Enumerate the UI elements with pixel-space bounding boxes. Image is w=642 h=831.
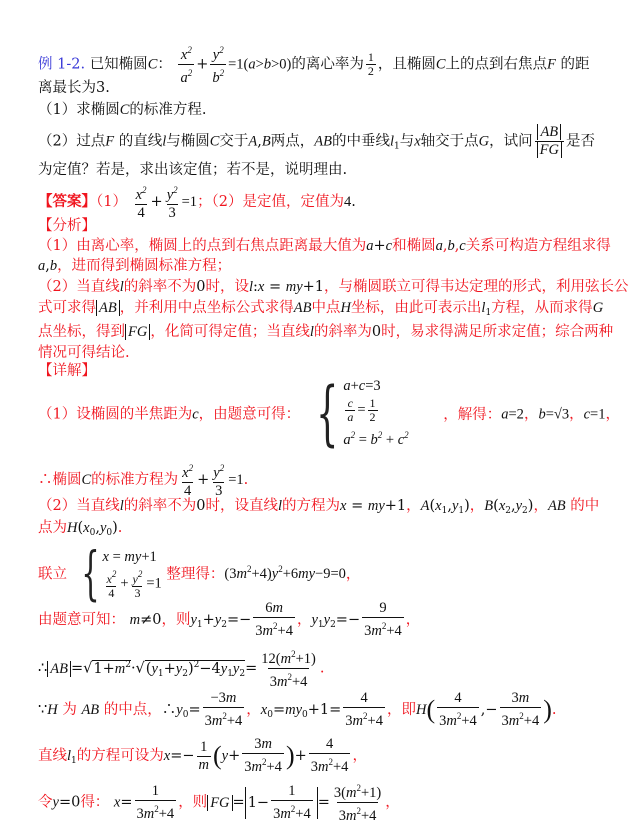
detail-midpoint: ∵H 为 AB 的中点，∴y0=−3m3m2+4，x0=my0+1=43m2+4… <box>38 690 557 730</box>
detail-result-1: ∴椭圆C的标准方程为x24+y23=1. <box>38 460 248 500</box>
question-1: （1）求椭圆C的标准方程. <box>38 100 207 120</box>
fraction-half: 12 <box>366 51 376 78</box>
question-2-line-1: （2）过点F 的直线l与椭圆C交于A,B两点，AB的中垂线l1与x轴交于点G，试… <box>38 124 595 159</box>
equation-system-2: { x = my+1 x24+y23=1 <box>72 538 162 608</box>
analysis-line-1: （1）由离心率，椭圆上的点到右焦点距离最大值为a+c和椭圆a,b,c关系可构造方… <box>38 236 611 256</box>
problem-line-2: 离最长为3. <box>38 78 110 98</box>
answer-fraction-y: y23 <box>165 182 180 222</box>
detail-join: 联立 { x = my+1 x24+y23=1 整理得：(3m2+4)y2+6m… <box>38 538 360 608</box>
analysis-tag: 【分析】 <box>38 216 96 236</box>
problem-line-1: 例 1-2. 已知椭圆C： x2a2+y2b2=1(a>b>0)的离心率为12，… <box>38 42 589 87</box>
problem-intro: 已知椭圆C： <box>90 57 172 73</box>
detail-ab-length: ∴AB=√1+m2·√(y1+y2)2−4y1y2=12(m2+1)3m2+4. <box>38 646 324 691</box>
answer-fraction-x: x24 <box>134 182 149 222</box>
example-label: 例 1-2. <box>38 57 85 73</box>
fraction-ab-fg: ABFG <box>535 124 564 159</box>
answer-tag: 【答案】 <box>38 193 96 210</box>
question-2-line-2: 为定值？若是，求出该定值；若不是，说明理由. <box>38 160 347 180</box>
detail-vieta: 由题意可知： m≠0，则y1+y2=−6m3m2+4，y1y2=−93m2+4， <box>38 600 420 640</box>
fraction-x2-a2: x2a2 <box>178 42 194 87</box>
detail-l1-equation: 直线l1的方程可设为x=−1m(y+3m3m2+4)+43m2+4， <box>38 736 367 776</box>
analysis-line-4: 式可求得AB，并利用中点坐标公式求得AB中点H坐标，由此可表示出l1方程，从而求… <box>38 298 603 323</box>
detail-fg: 令y=0得： x=13m2+4，则FG=1−13m2+4=3(m2+1)3m2+… <box>38 780 400 825</box>
analysis-line-3: （2）当直线l的斜率不为0时，设l:x = my+1，与椭圆联立可得韦达定理的形… <box>38 277 629 297</box>
fraction-y2-b2: y2b2 <box>210 42 226 87</box>
equation-system-1: { a+c=3 ca=12 a2 = b2 + c2 <box>305 375 409 451</box>
analysis-line-2: a,b，进而得到椭圆标准方程； <box>38 256 231 276</box>
detail-step-1: （1）设椭圆的半焦距为c，由题意可得： { a+c=3 ca=12 a2 = b… <box>38 375 620 451</box>
analysis-line-5: 点坐标，得到FG，化简可得定值；当直线l的斜率为0时，易求得满足所求定值；综合两… <box>38 322 613 342</box>
analysis-line-6: 情况可得结论. <box>38 343 130 363</box>
